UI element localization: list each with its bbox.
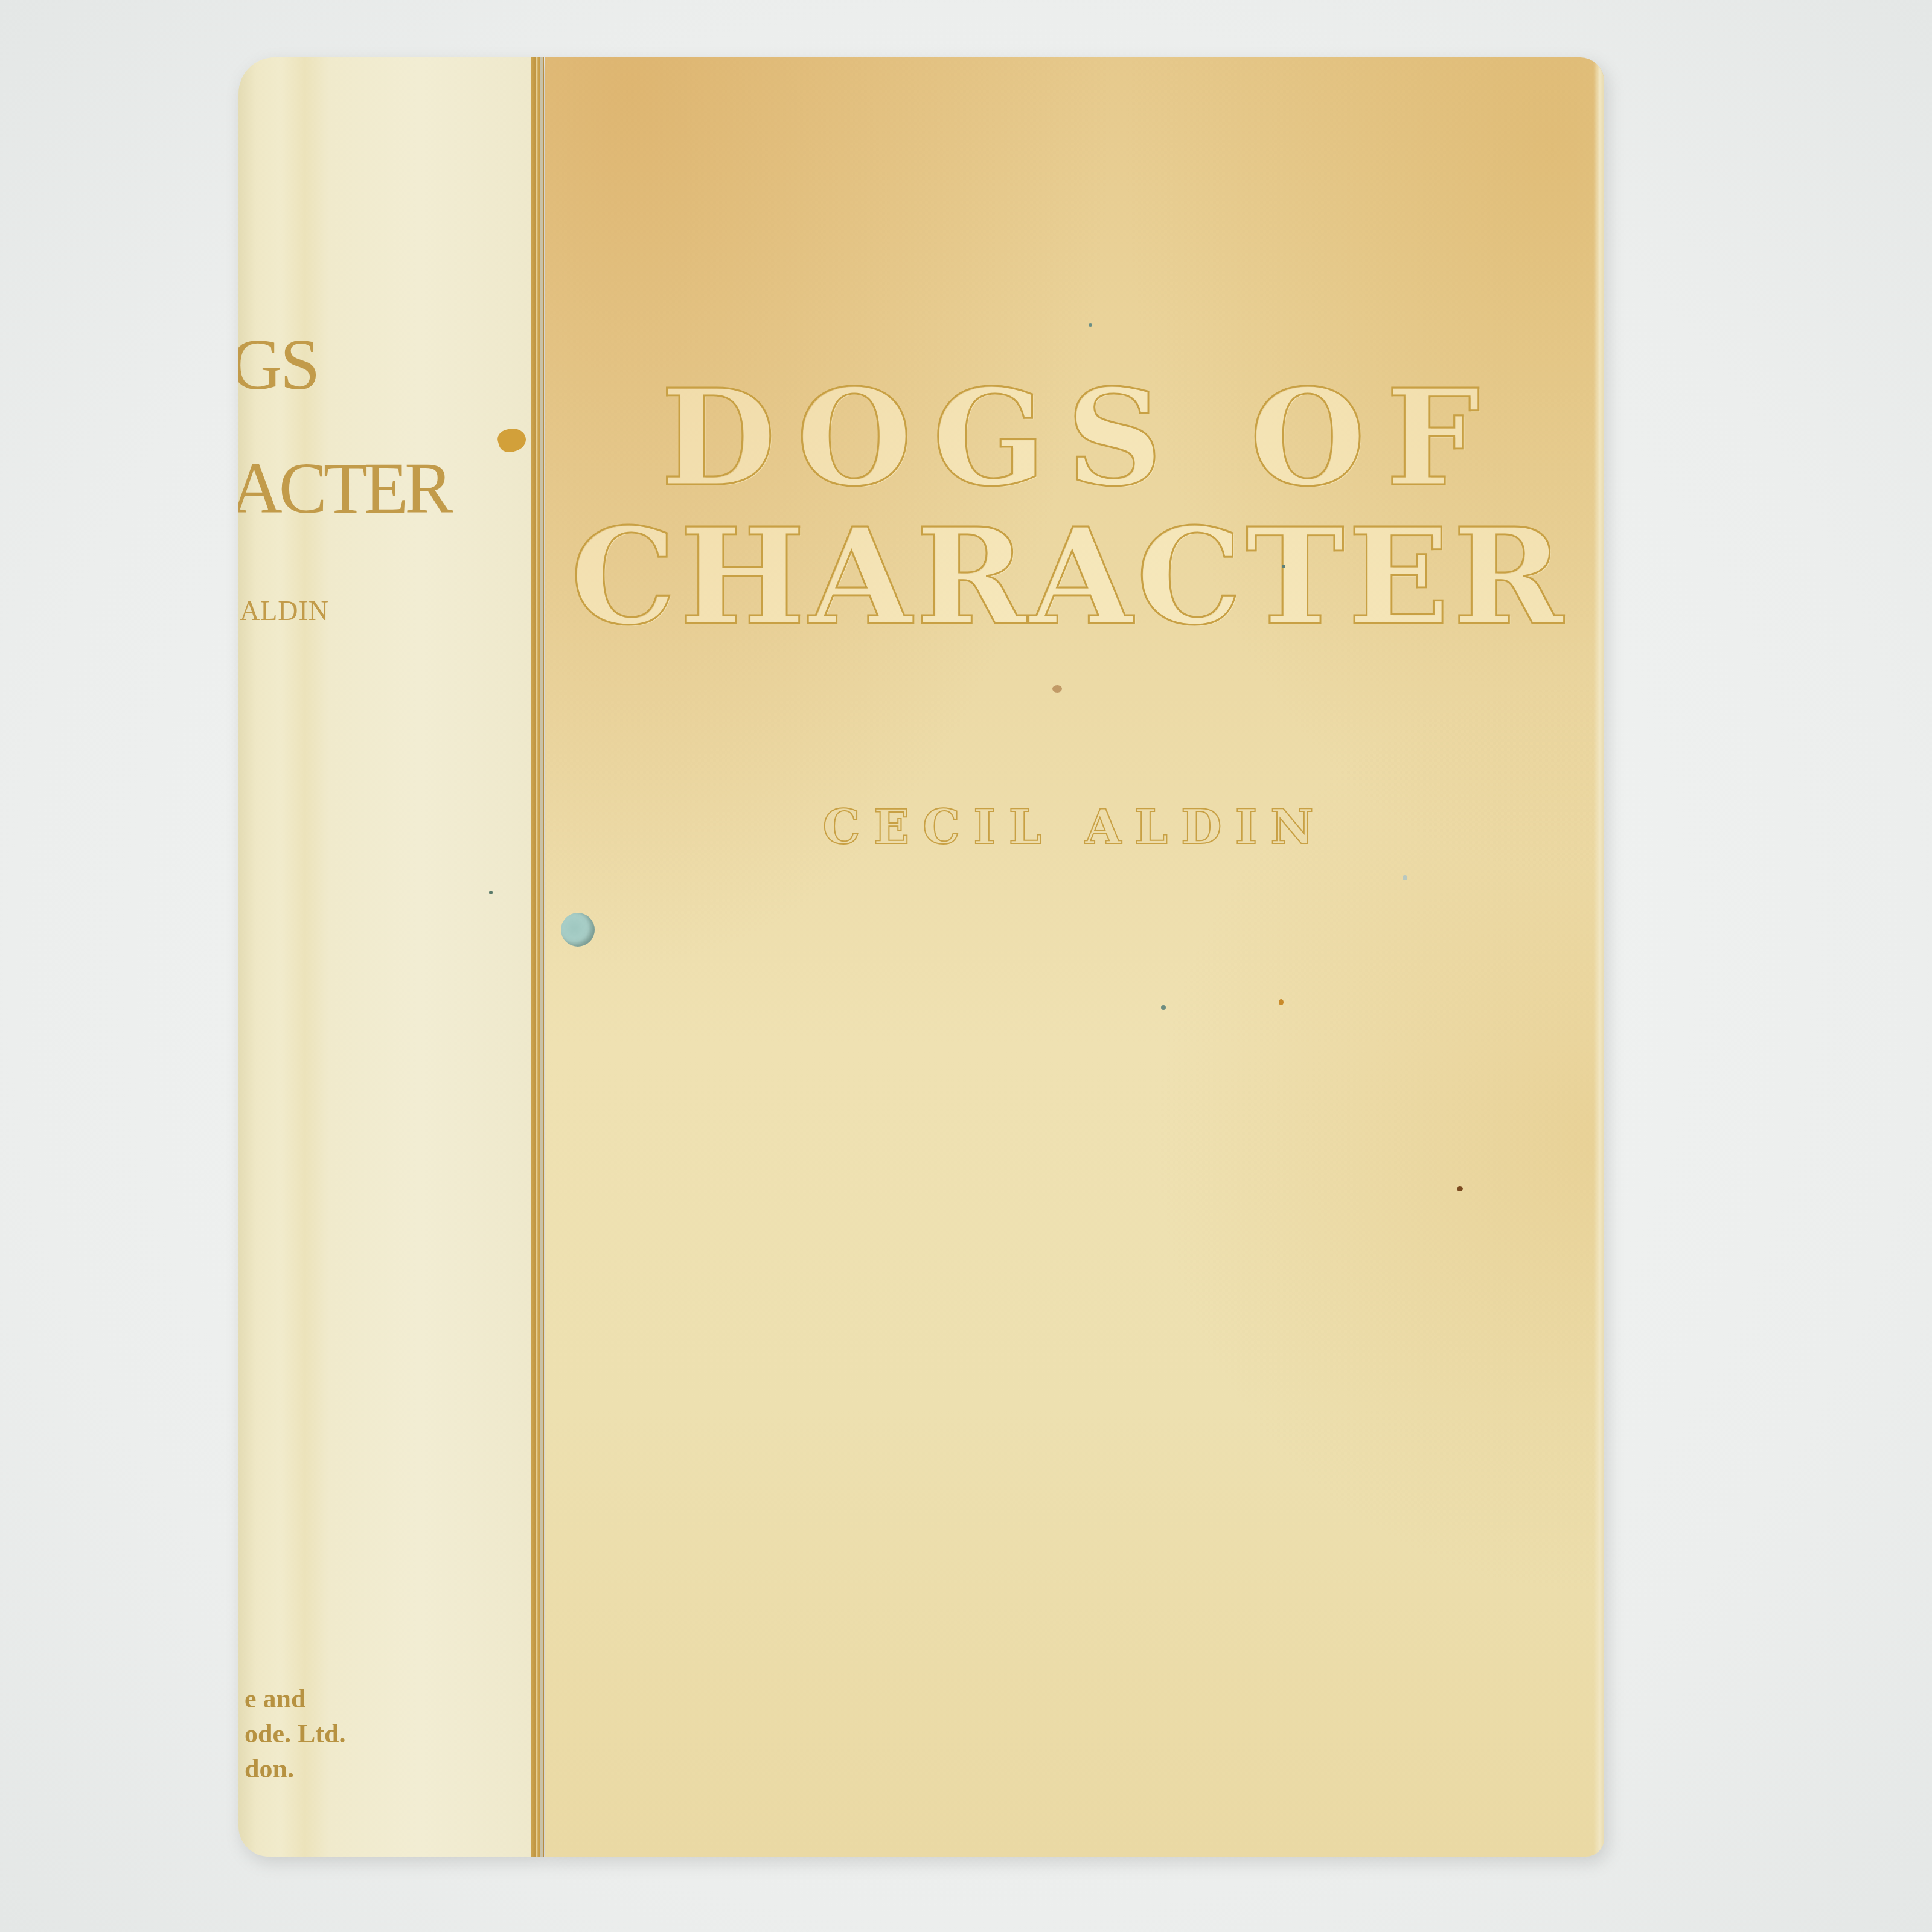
speck [1403,875,1407,880]
speck [1089,323,1092,327]
cover-title-line-2: CHARACTER [545,498,1598,654]
speck [1161,1005,1166,1010]
speck [1457,1186,1463,1191]
gilt-rule-fine [540,57,543,1857]
spine-publisher-line-3: don. [245,1751,294,1786]
spine-title-fragment-2: ACTER [238,447,449,530]
cover-title-line-1: DOGS OF [551,359,1604,516]
speck [1052,685,1062,693]
cover-author: CECIL ALDIN [545,800,1604,855]
spine-publisher-line-1: e and [245,1681,305,1716]
spine-stain [496,426,528,455]
speck [1279,999,1284,1005]
library-stamp-icon [561,913,595,947]
spine-title-fragment-1: GS [238,323,318,406]
spine-author: ALDIN [240,595,329,627]
book: GS ACTER ALDIN e and ode. Ltd. don. DOGS… [238,57,1604,1857]
spine-publisher-line-2: ode. Ltd. [245,1716,345,1751]
speck [1282,565,1285,568]
front-cover: DOGS OF CHARACTER CECIL ALDIN [545,57,1604,1857]
spine-speck [489,891,493,894]
book-spine: GS ACTER ALDIN e and ode. Ltd. don. [238,57,540,1857]
cover-edge [1593,57,1604,1857]
